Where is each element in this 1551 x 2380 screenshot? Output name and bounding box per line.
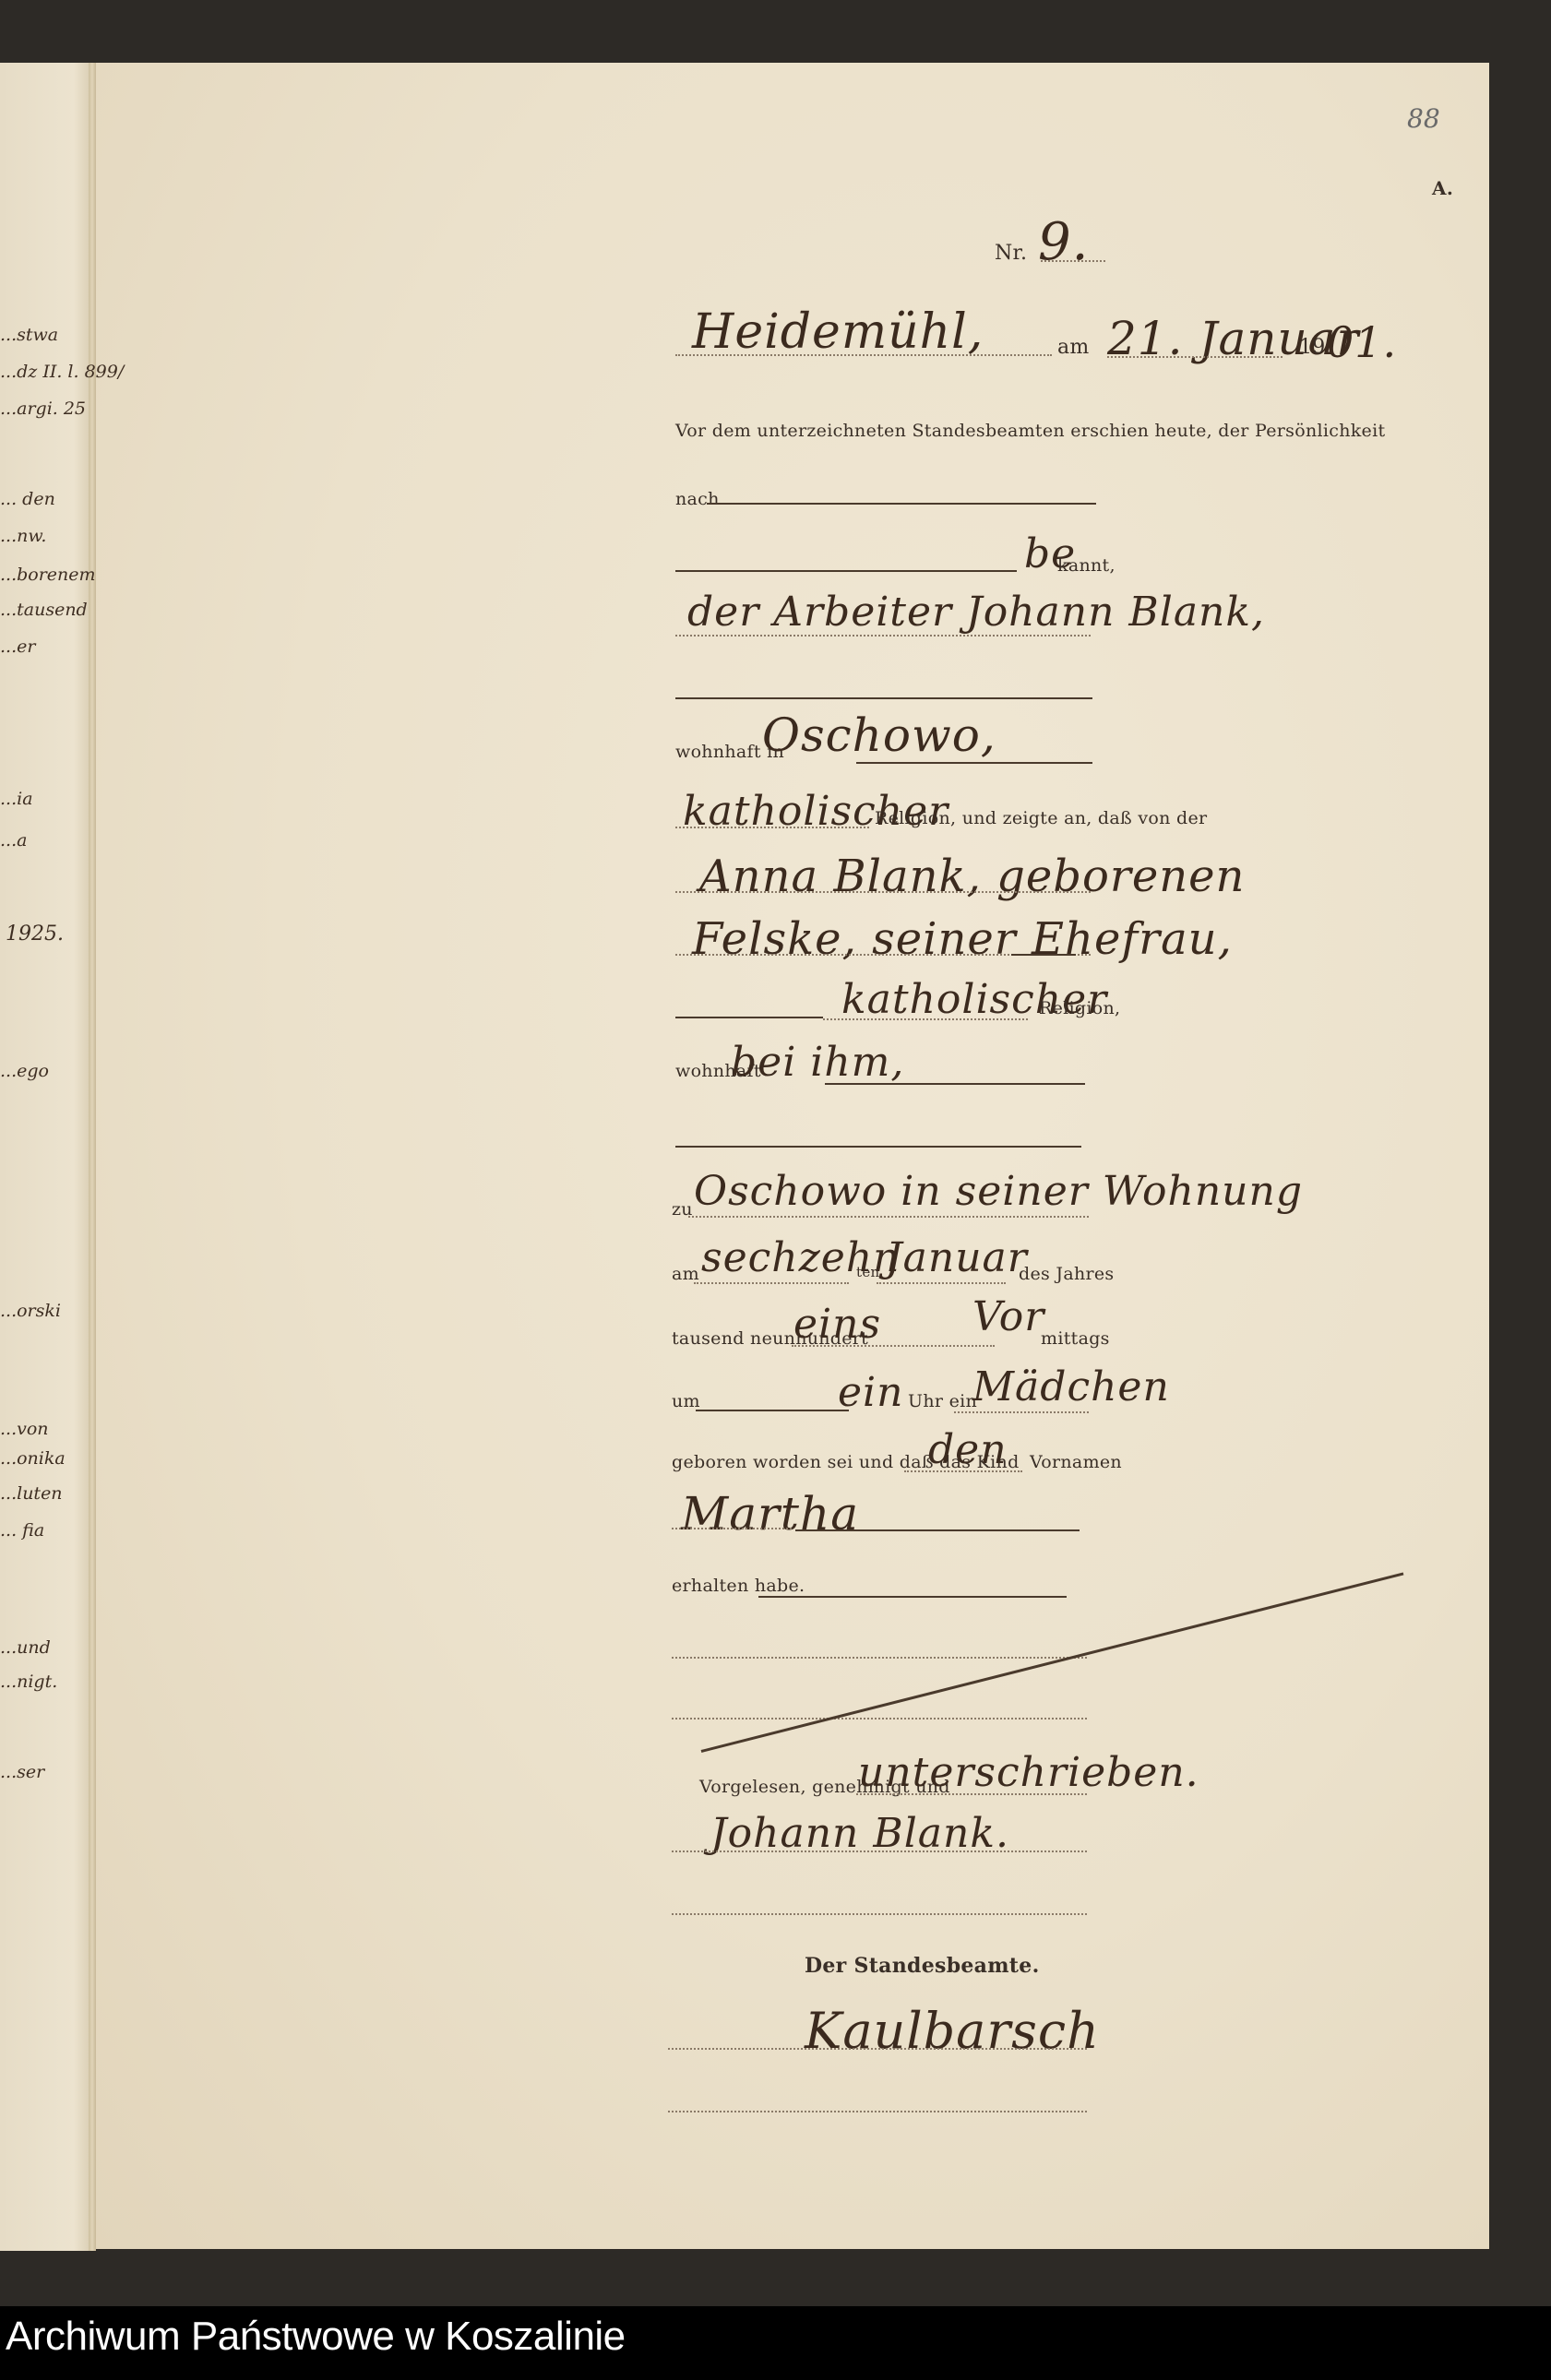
child-sex-line xyxy=(954,1411,1089,1413)
birth-place-line xyxy=(688,1216,1089,1218)
bekannt-printed: kannt, xyxy=(1057,555,1116,576)
form-letter: A. xyxy=(1432,177,1453,199)
den-line xyxy=(904,1470,1022,1472)
erhalten-label: erhalten habe. xyxy=(672,1576,805,1596)
register-number: 9. xyxy=(1038,212,1089,272)
religion2-solid xyxy=(675,1017,823,1018)
margin-note: ...nigt. xyxy=(0,1672,57,1692)
declarant-name: der Arbeiter Johann Blank, xyxy=(687,589,1265,636)
birth-hour: ein xyxy=(838,1369,903,1416)
mother-line2-solid xyxy=(1011,954,1076,956)
child-name-line xyxy=(795,1529,1080,1531)
des-jahres-label: des Jahres xyxy=(1019,1264,1114,1284)
margin-note: ...ia xyxy=(0,789,33,809)
erhalten-line xyxy=(758,1596,1067,1598)
birth-month-line xyxy=(877,1282,1006,1284)
left-page-fragment xyxy=(0,63,92,2251)
vor-handwritten: Vor xyxy=(972,1293,1044,1340)
religion2-line xyxy=(823,1018,1028,1020)
place-handwritten: Heidemühl, xyxy=(692,304,984,360)
child-sex: Mädchen xyxy=(972,1363,1170,1410)
uhr-ein-label: Uhr ein xyxy=(908,1391,977,1411)
margin-note: ...und xyxy=(0,1637,51,1658)
birth-place: Oschowo in seiner Wohnung xyxy=(694,1168,1303,1215)
margin-note: ...er xyxy=(0,637,35,657)
archive-footer: Archiwum Państwowe w Koszalinie xyxy=(0,2306,1551,2380)
child-name: Martha xyxy=(681,1487,859,1541)
hour-line xyxy=(696,1410,849,1411)
margin-note: 1925. xyxy=(6,922,64,946)
den-handwritten: den xyxy=(928,1426,1008,1473)
margin-note: ...dz II. l. 899/ xyxy=(0,362,124,382)
margin-note: ...ser xyxy=(0,1762,44,1782)
margin-note: ...argi. 25 xyxy=(0,399,86,419)
mother-line2: Felske, seiner Ehefrau, xyxy=(692,913,1233,965)
margin-note: ...tausend xyxy=(0,600,88,620)
ten-label: ten xyxy=(856,1264,879,1280)
place-line xyxy=(675,354,1052,356)
religion2-printed: Religion, xyxy=(1039,998,1120,1018)
blank-dotline-1 xyxy=(672,1657,1087,1659)
religion1-printed: Religion, und zeigte an, daß von der xyxy=(875,808,1207,828)
residence-line xyxy=(856,762,1092,764)
nach-label: nach xyxy=(675,489,720,509)
margin-note: ...borenem xyxy=(0,565,96,585)
blank-dotline-2 xyxy=(672,1718,1087,1720)
mother-line1-rule xyxy=(675,891,1091,893)
unterschrieben-handwritten: unterschrieben. xyxy=(858,1749,1199,1796)
religion1-line xyxy=(675,827,869,828)
margin-note: ... fia xyxy=(0,1520,44,1541)
birth-year-line xyxy=(792,1345,995,1347)
margin-note: ...onika xyxy=(0,1448,66,1469)
declarant-signature-line xyxy=(672,1850,1087,1852)
nach-line xyxy=(707,503,1096,505)
mittags-label: mittags xyxy=(1041,1328,1110,1349)
book-spine xyxy=(89,63,96,2251)
year-handwritten: 01. xyxy=(1327,317,1397,367)
register-number-label: Nr. xyxy=(995,242,1027,265)
residence-handwritten: Oschowo, xyxy=(762,708,996,762)
declarant-line-2 xyxy=(675,697,1092,699)
margin-note: ...nw. xyxy=(0,526,46,546)
child-name-dotline xyxy=(672,1528,792,1529)
date-line xyxy=(1107,356,1283,358)
intro-line: Vor dem unterzeichneten Standesbeamten e… xyxy=(675,421,1385,441)
archive-name: Archiwum Państwowe w Koszalinie xyxy=(6,2314,626,2360)
mother-residence-line xyxy=(825,1083,1085,1085)
official-signature: Kaulbarsch xyxy=(805,2002,1100,2060)
mother-residence: bei ihm, xyxy=(731,1039,904,1086)
register-number-line xyxy=(1041,260,1105,262)
margin-note: ...a xyxy=(0,830,27,851)
register-page xyxy=(96,63,1489,2249)
birth-month: Januar xyxy=(886,1234,1028,1281)
blank-line xyxy=(675,1146,1081,1148)
blank-dotline-3 xyxy=(672,1913,1087,1915)
margin-note: ... den xyxy=(0,489,55,509)
official-signature-line xyxy=(668,2048,1087,2050)
date-prefix: am xyxy=(1057,336,1090,359)
declarant-line xyxy=(675,635,1091,637)
um-label: um xyxy=(672,1391,700,1411)
margin-note: ...stwa xyxy=(0,325,58,345)
blank-dotline-4 xyxy=(668,2111,1087,2112)
margin-note: ...ego xyxy=(0,1061,49,1081)
mother-line1: Anna Blank, geborenen xyxy=(699,851,1245,902)
official-label: Der Standesbeamte. xyxy=(805,1954,1040,1978)
pencil-page-number: 88 xyxy=(1407,103,1440,134)
margin-note: ...orski xyxy=(0,1301,61,1321)
vornamen-label: Vornamen xyxy=(1030,1452,1122,1472)
birth-day-line xyxy=(694,1282,849,1284)
am-label: am xyxy=(672,1264,699,1284)
unterschrieben-line xyxy=(856,1793,1087,1795)
bekannt-line xyxy=(675,570,1017,572)
birth-year-word: eins xyxy=(793,1301,881,1348)
year-printed: 19 xyxy=(1299,336,1326,359)
margin-note: ...von xyxy=(0,1419,49,1439)
margin-note: ...luten xyxy=(0,1483,63,1504)
